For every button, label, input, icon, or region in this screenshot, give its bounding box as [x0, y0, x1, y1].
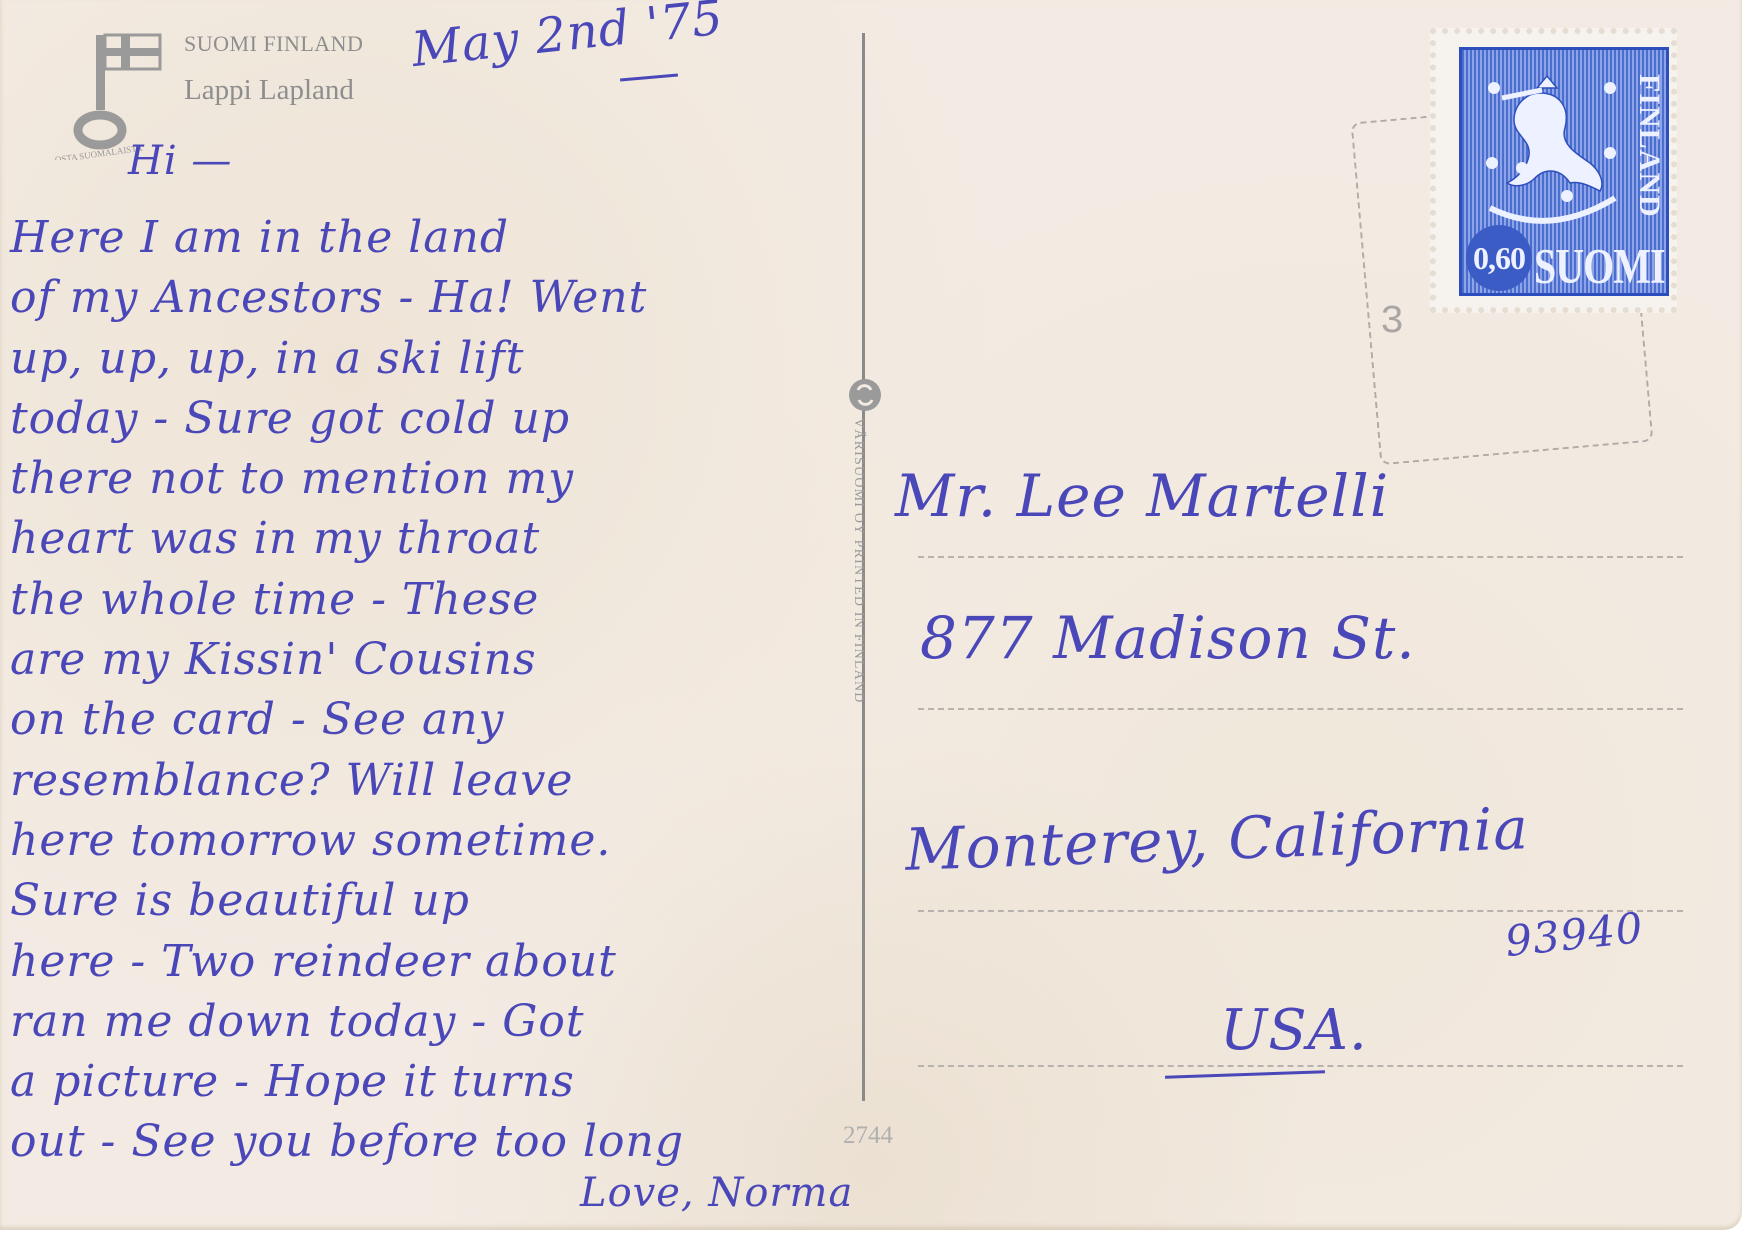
message-line: heart was in my throat — [10, 509, 860, 569]
date-underline — [620, 73, 678, 81]
address-street: 877 Madison St. — [920, 604, 1416, 672]
message-line: Sure is beautiful up — [10, 871, 860, 931]
stamp-design: FINLAND 0,60 SUOMI — [1459, 47, 1669, 296]
address-line-1 — [918, 556, 1683, 558]
brand-line-1: SUOMI FINLAND — [184, 31, 363, 57]
message-body: Here I am in the land of my Ancestors - … — [10, 208, 860, 1173]
message-line: resemblance? Will leave — [10, 751, 860, 811]
message-line: up, up, up, in a ski lift — [10, 329, 860, 389]
lion-coat-of-arms-icon — [1482, 68, 1622, 228]
signoff: Love, Norma — [580, 1170, 853, 1216]
message-line: here tomorrow sometime. — [10, 811, 860, 871]
address-city-state: Monterey, California — [904, 794, 1530, 884]
message-line: on the card - See any — [10, 690, 860, 750]
postage-stamp: FINLAND 0,60 SUOMI — [1430, 28, 1677, 313]
address-line-4 — [918, 1065, 1683, 1067]
message-line: are my Kissin' Cousins — [10, 630, 860, 690]
handwritten-date: May 2nd '75 — [409, 0, 726, 78]
stamp-denomination: 0,60 — [1466, 225, 1532, 291]
message-line: Here I am in the land — [10, 208, 860, 268]
message-line: out - See you before too long — [10, 1112, 860, 1172]
brand-line-2: Lappi Lapland — [184, 74, 354, 107]
country-underline — [1165, 1070, 1325, 1079]
address-zip: 93940 — [1503, 903, 1646, 966]
message-line: here - Two reindeer about — [10, 932, 860, 992]
address-name: Mr. Lee Martelli — [895, 462, 1389, 530]
postmark-fragment: 3 — [1380, 300, 1404, 345]
stamp-country-vertical: FINLAND — [1632, 74, 1666, 218]
message-line: a picture - Hope it turns — [10, 1052, 860, 1112]
address-line-2 — [918, 708, 1683, 710]
message-line: of my Ancestors - Ha! Went — [10, 268, 860, 328]
message-line: the whole time - These — [10, 570, 860, 630]
stamp-country: SUOMI — [1534, 236, 1665, 295]
message-line: ran me down today - Got — [10, 992, 860, 1052]
message-line: there not to mention my — [10, 449, 860, 509]
greeting: Hi — — [128, 138, 232, 184]
address-country: USA. — [1220, 998, 1368, 1063]
message-line: today - Sure got cold up — [10, 389, 860, 449]
postcard-back: OSTA SUOMALAISTA SUOMI FINLAND Lappi Lap… — [0, 0, 1742, 1230]
